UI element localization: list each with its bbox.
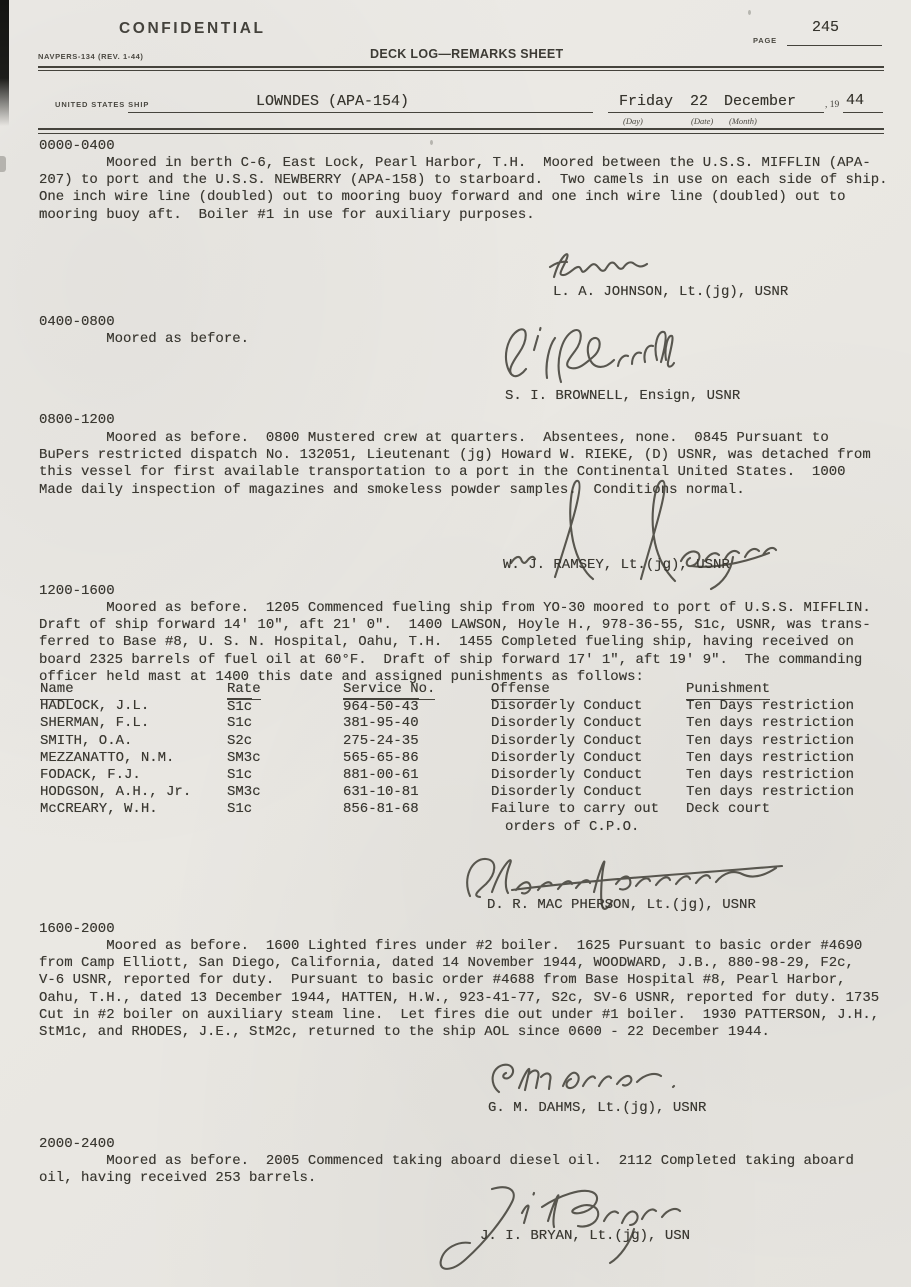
date-label: (Date) (691, 116, 713, 126)
cell-rate: SM3c (227, 784, 261, 801)
cell-service-no: 275-24-35 (343, 733, 419, 750)
cell-punishment: Ten days restriction (686, 733, 854, 750)
signature-script-johnson (548, 246, 653, 286)
table-row: HODGSON, A.H., Jr. SM3c 631-10-81 Disord… (40, 784, 891, 801)
log-month: December (724, 93, 796, 111)
form-number: NAVPERS-134 (REV. 1-44) (38, 52, 144, 61)
ship-name-underline (128, 112, 593, 113)
cell-service-no: 381-95-40 (343, 715, 419, 732)
signature-name-johnson: L. A. JOHNSON, Lt.(jg), USNR (553, 284, 788, 301)
cell-offense: Disorderly Conduct (491, 715, 642, 732)
table-row: MEZZANATTO, N.M. SM3c 565-65-86 Disorder… (40, 750, 891, 767)
date-underline (608, 112, 824, 113)
cell-offense-wrap: orders of C.P.O. (505, 819, 639, 836)
cell-name: FODACK, F.J. (40, 767, 141, 784)
cell-rate: SM3c (227, 750, 261, 767)
cell-name: McCREARY, W.H. (40, 801, 158, 818)
cell-punishment: Ten Days restriction (686, 698, 854, 715)
year-prefix: , 19 (825, 100, 839, 110)
watch-entry-1600-2000: Moored as before. 1600 Lighted fires und… (39, 938, 879, 1041)
signature-script-ramsey (493, 477, 778, 592)
ship-name: LOWNDES (APA-154) (256, 93, 409, 111)
cell-service-no: 565-65-86 (343, 750, 419, 767)
cell-offense: Disorderly Conduct (491, 750, 642, 767)
watch-heading-0000-0400: 0000-0400 (39, 138, 115, 155)
form-title: DECK LOG—REMARKS SHEET (370, 47, 563, 61)
cell-punishment: Ten days restriction (686, 784, 854, 801)
cell-name: SHERMAN, F.L. (40, 715, 149, 732)
cell-offense: Disorderly Conduct (491, 784, 642, 801)
table-row: SHERMAN, F.L. S1c 381-95-40 Disorderly C… (40, 715, 891, 732)
cell-punishment: Deck court (686, 801, 770, 818)
signature-name-macpherson: D. R. MAC PHERSON, Lt.(jg), USNR (487, 897, 756, 914)
watch-entry-0000-0400: Moored in berth C-6, East Lock, Pearl Ha… (39, 155, 888, 224)
cell-rate: S1c (227, 767, 252, 784)
cell-service-no: 964-50-43 (343, 698, 419, 716)
log-date: 22 (690, 93, 708, 111)
cell-rate: S1c (227, 698, 252, 716)
deck-log-remarks-sheet: CONFIDENTIAL PAGE 245 NAVPERS-134 (REV. … (0, 0, 911, 1287)
table-row: HADLOCK, J.L. S1c 964-50-43 Disorderly C… (40, 698, 891, 715)
log-day: Friday (619, 93, 673, 111)
watch-heading-0800-1200: 0800-1200 (39, 412, 115, 429)
signature-name-dahms: G. M. DAHMS, Lt.(jg), USNR (488, 1100, 706, 1117)
cell-punishment: Ten days restriction (686, 750, 854, 767)
table-row: McCREARY, W.H. S1c 856-81-68 Failure to … (40, 801, 891, 818)
signature-name-brownell: S. I. BROWNELL, Ensign, USNR (505, 388, 740, 405)
cell-name: HODGSON, A.H., Jr. (40, 784, 191, 801)
cell-offense: Failure to carry out (491, 801, 659, 818)
year-underline (843, 112, 883, 113)
header-rule-top-a (38, 66, 884, 68)
signature-name-bryan: J. I. BRYAN, Lt.(jg), USN (480, 1228, 690, 1245)
header-rule-top-b (38, 70, 884, 71)
cell-service-no: 856-81-68 (343, 801, 419, 818)
watch-heading-2000-2400: 2000-2400 (39, 1136, 115, 1153)
cell-name: HADLOCK, J.L. (40, 698, 149, 715)
watch-heading-1200-1600: 1200-1600 (39, 583, 115, 600)
cell-rate: S2c (227, 733, 252, 750)
day-label: (Day) (623, 116, 643, 126)
cell-service-no: 881-00-61 (343, 767, 419, 784)
watch-entry-1200-1600: Moored as before. 1205 Commenced fueling… (39, 600, 871, 686)
table-row: FODACK, F.J. S1c 881-00-61 Disorderly Co… (40, 767, 891, 784)
page-label: PAGE (753, 36, 777, 45)
cell-name: MEZZANATTO, N.M. (40, 750, 174, 767)
header-rule-bottom-a (38, 128, 884, 130)
cell-punishment: Ten days restriction (686, 767, 854, 784)
table-row: SMITH, O.A. S2c 275-24-35 Disorderly Con… (40, 733, 891, 750)
classification-stamp: CONFIDENTIAL (119, 20, 266, 38)
watch-heading-1600-2000: 1600-2000 (39, 921, 115, 938)
cell-offense: Disorderly Conduct (491, 767, 642, 784)
scan-speck (748, 10, 751, 15)
header-rule-bottom-b (38, 133, 884, 135)
mast-punishment-table: Name Rate Service No. Offense Punishment… (40, 681, 891, 843)
watch-entry-0400-0800: Moored as before. (39, 331, 249, 348)
signature-script-dahms (483, 1060, 693, 1102)
scan-edge-artifact (0, 0, 9, 126)
cell-service-no: 631-10-81 (343, 784, 419, 801)
month-label: (Month) (729, 116, 757, 126)
table-row-wrap: orders of C.P.O. (40, 819, 891, 836)
table-header-row: Name Rate Service No. Offense Punishment (40, 681, 891, 698)
cell-rate: S1c (227, 715, 252, 732)
page-number: 245 (812, 19, 839, 37)
ship-label: UNITED STATES SHIP (55, 100, 149, 109)
scan-speck (430, 140, 433, 145)
signature-name-ramsey: W. J. RAMSEY, Lt.(jg), USNR (503, 557, 730, 574)
cell-offense: Disorderly Conduct (491, 733, 642, 750)
watch-heading-0400-0800: 0400-0800 (39, 314, 115, 331)
log-year: 44 (846, 92, 864, 110)
signature-script-brownell (495, 320, 675, 392)
scan-smudge (0, 156, 6, 172)
cell-punishment: Ten days restriction (686, 715, 854, 732)
cell-name: SMITH, O.A. (40, 733, 132, 750)
page-number-underline (787, 45, 882, 46)
cell-rate: S1c (227, 801, 252, 818)
cell-offense: Disorderly Conduct (491, 698, 642, 715)
